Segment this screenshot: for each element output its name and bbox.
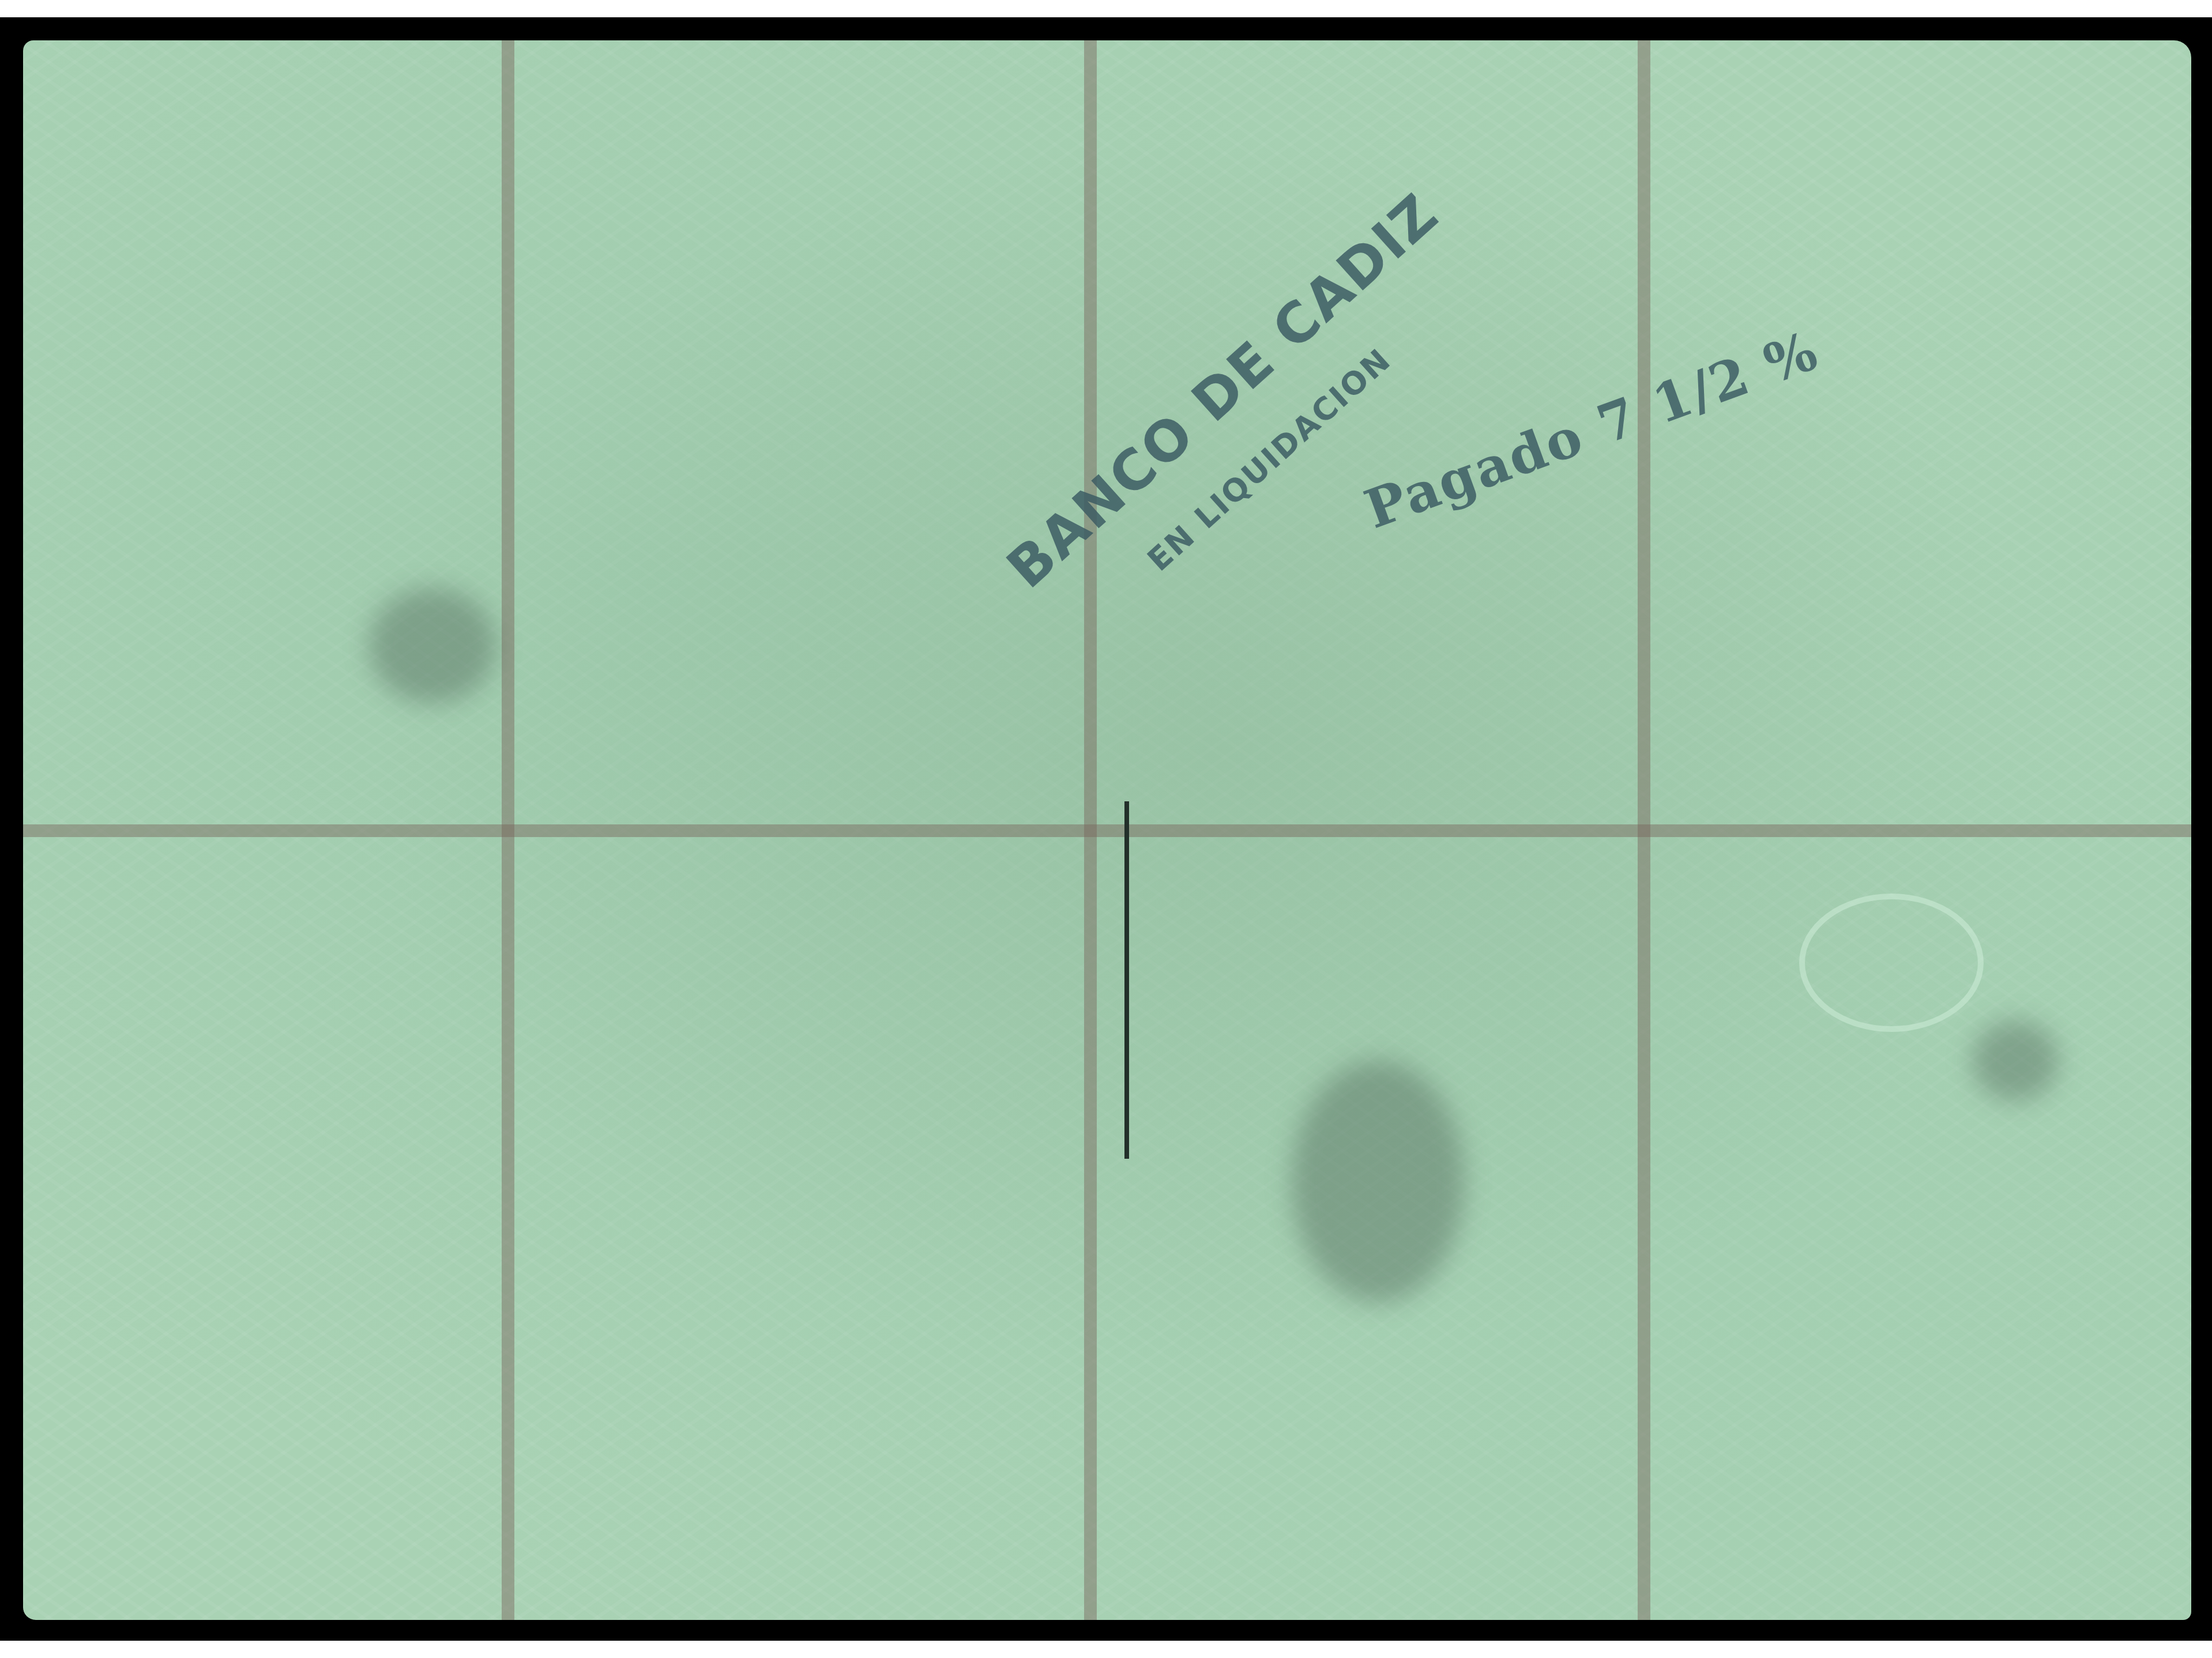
banknote: BANCO DE CADIZ EN LIQUIDACION Pagado 7 1… [23, 40, 2191, 1620]
ink-blot [1972, 1020, 2059, 1101]
ink-blot [1292, 1061, 1465, 1303]
fold-line [23, 824, 2191, 837]
paper-tear [1124, 801, 1129, 1159]
photo-background: BANCO DE CADIZ EN LIQUIDACION Pagado 7 1… [0, 17, 2212, 1641]
ink-blot [369, 588, 496, 703]
payment-stamp: Pagado 7 1/2 % [1357, 319, 1826, 541]
embossed-seal [1799, 894, 1984, 1032]
